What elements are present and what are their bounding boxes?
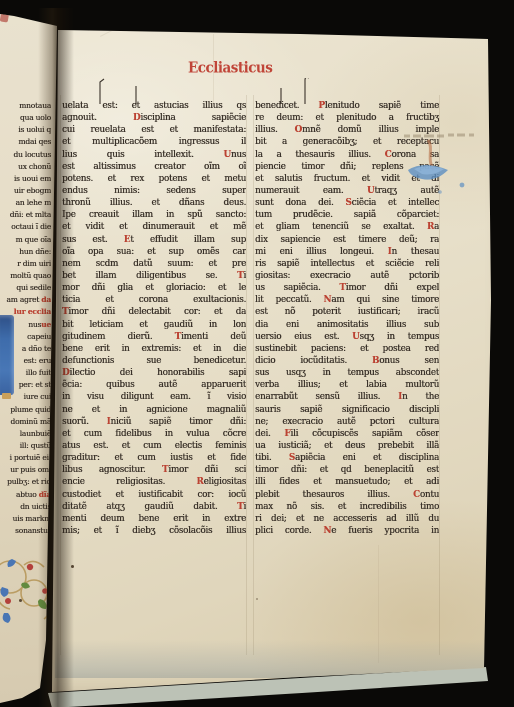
text-line: ri dei; et ne accesseris ad illũ du bbox=[255, 513, 439, 525]
text-line: et cum fidelibus in vulua cõcre bbox=[62, 428, 246, 440]
ruling-line bbox=[253, 95, 254, 655]
text-line: mor dñi glia et gloriacio: et le bbox=[62, 282, 246, 294]
text-line: defunctionis sue benedicetur. bbox=[62, 355, 246, 367]
text-line: et gliam tenenciũ se exaltat. Ra bbox=[255, 221, 439, 233]
text-line: r dim uiri bbox=[0, 258, 51, 270]
text-line: est altissimus creator oĩm oĩ bbox=[62, 161, 246, 173]
text-line: mnotaua bbox=[0, 100, 51, 112]
text-line: libus agnoscitur. Timor dñi sci bbox=[62, 464, 246, 476]
text-line: agnouit. Disciplina sapiẽcie bbox=[62, 112, 246, 124]
text-line: am agret da bbox=[0, 294, 51, 306]
text-line: plume quid bbox=[0, 404, 51, 416]
text-line: lius quis intellexit. Unus bbox=[62, 149, 246, 161]
text-line: nem scdm datũ suum: et pre bbox=[62, 258, 246, 270]
floral-border-flourish bbox=[0, 547, 56, 631]
text-line: sustinebit paciens: et postea red bbox=[255, 343, 439, 355]
text-line: bene erit in extremis: et in die bbox=[62, 343, 246, 355]
text-line: uis markm bbox=[0, 513, 51, 525]
photo-background: mnotauaqua uolois uolui qmdai qesdu locu… bbox=[0, 0, 514, 707]
ink-speck bbox=[256, 598, 258, 600]
text-line: pulbʒ: et rid bbox=[0, 476, 51, 488]
text-line: ditatẽ atqʒ gaudiũ dabit. Ti bbox=[62, 501, 246, 513]
text-line: launbuiẽ bbox=[0, 428, 51, 440]
text-line: dei. Fili cõcupiscẽs sapiãm cõser bbox=[255, 428, 439, 440]
left-text-column: uelata est: et astucias illius qsagnouit… bbox=[62, 100, 246, 537]
text-line: ne; execracio autẽ pctori cultura bbox=[255, 416, 439, 428]
text-line: ill: qustũ bbox=[0, 440, 51, 452]
text-line: is uoui em bbox=[0, 173, 51, 185]
text-line: us sapiẽcia. Timor dñi expel bbox=[255, 282, 439, 294]
text-line: dix sapiencie est timere deũ; ra bbox=[255, 234, 439, 246]
text-line: thronũ illius. et dñans deus. bbox=[62, 197, 246, 209]
text-line: lit peccatũ. Nam qui sine timore bbox=[255, 294, 439, 306]
text-line: endus nimis: sedens super bbox=[62, 185, 246, 197]
text-line: menti deum bene erit in extre bbox=[62, 513, 246, 525]
text-line: ux chonũ bbox=[0, 161, 51, 173]
text-line: et vidit et dinumerauit et mẽ bbox=[62, 221, 246, 233]
text-line: mis; et ĩ diebʒ cõsolacõis illius bbox=[62, 525, 246, 537]
text-line: moltũ quao bbox=[0, 270, 51, 282]
illuminated-initial bbox=[0, 315, 14, 395]
ink-speck bbox=[71, 565, 74, 568]
text-line: potens. et rex potens et metu bbox=[62, 173, 246, 185]
text-line: Timor dñi delectabit cor: et da bbox=[62, 306, 246, 318]
text-line: an lehe m bbox=[0, 197, 51, 209]
text-line: ne et in agnicione magnaliũ bbox=[62, 404, 246, 416]
text-line: graditur: et cum iustis et fide bbox=[62, 452, 246, 464]
text-line: uersio eius est. Usqʒ in tempus bbox=[255, 331, 439, 343]
text-line: hun dñe: bbox=[0, 246, 51, 258]
text-line: mdai qes bbox=[0, 136, 51, 148]
text-line: qua uolo bbox=[0, 112, 51, 124]
text-line: in visu diligunt eam. ĩ visio bbox=[62, 391, 246, 403]
text-line: tibi. Sapiẽcia eni et disciplina bbox=[255, 452, 439, 464]
text-line: dicio iocũditatis. Bonus sen bbox=[255, 355, 439, 367]
text-line: cui reuelata est et manifestata: bbox=[62, 124, 246, 136]
text-line: dn uictis bbox=[0, 501, 51, 513]
running-title: Eccliasticus bbox=[188, 59, 272, 77]
text-line: ẽcia: quibus autẽ apparuerit bbox=[62, 379, 246, 391]
facing-page-edge: mnotauaqua uolois uolui qmdai qesdu locu… bbox=[0, 0, 58, 703]
text-line: octaui ĩ die bbox=[0, 221, 51, 233]
ruling-line bbox=[246, 95, 247, 655]
text-line: du locutus bbox=[0, 149, 51, 161]
text-line: et multiplicacõem ingressus il bbox=[62, 136, 246, 148]
text-line: sonanstur bbox=[0, 525, 51, 537]
text-line: is uolui q bbox=[0, 124, 51, 136]
text-line: encie religiositas. Religiositas bbox=[62, 476, 246, 488]
text-line: Dilectio dei honorabilis sapi bbox=[62, 367, 246, 379]
text-line: plici corde. Ne fueris ypocrita in bbox=[255, 525, 439, 537]
text-line: gitudinem dierũ. Timenti deũ bbox=[62, 331, 246, 343]
marginal-flourish bbox=[400, 122, 495, 217]
facing-page-rubric-mark bbox=[0, 4, 10, 22]
text-line: uelata est: et astucias illius qs bbox=[62, 100, 246, 112]
text-line: max nõ sis. et incredibilis timo bbox=[255, 501, 439, 513]
text-line: qui sedile bbox=[0, 282, 51, 294]
text-line: atus est. et cum electis feminis bbox=[62, 440, 246, 452]
text-line: mi eni illius longeui. In thesau bbox=[255, 246, 439, 258]
text-line: dominũ mã bbox=[0, 416, 51, 428]
text-line: abtuo dĩa bbox=[0, 489, 51, 501]
text-line: m que oĩa bbox=[0, 234, 51, 246]
text-line: i portuiẽ ei: bbox=[0, 452, 51, 464]
text-line: suorũ. Iniciũ sapiẽ timor dñi: bbox=[62, 416, 246, 428]
text-line: bet illam diligentibus se. Ti bbox=[62, 270, 246, 282]
text-line: dñi: et mlta bbox=[0, 209, 51, 221]
text-line: timor dñi: et qd beneplacitũ est bbox=[255, 464, 439, 476]
text-line: illi fides et mansuetudo; et adi bbox=[255, 476, 439, 488]
ink-speck bbox=[19, 599, 22, 602]
text-line: sus est. Et effudit illam sup bbox=[62, 234, 246, 246]
text-line: ticia et corona exultacionis. bbox=[62, 294, 246, 306]
parchment-crease bbox=[100, 0, 215, 37]
text-line: ur puis omi bbox=[0, 464, 51, 476]
text-line: sus usqʒ in tempus abscondet bbox=[255, 367, 439, 379]
text-line: ris sapiẽ intellectus et sciẽcie reli bbox=[255, 258, 439, 270]
text-line: giositas: execracio autẽ pctorib bbox=[255, 270, 439, 282]
text-line: verba illius; et labia multorũ bbox=[255, 379, 439, 391]
text-line: custodiet et iustificabit cor: iocũ bbox=[62, 489, 246, 501]
text-line: ua iusticiã; et deus prebebit illã bbox=[255, 440, 439, 452]
text-line: uir ebogm bbox=[0, 185, 51, 197]
text-line: est nõ poterit iustificari; iracũ bbox=[255, 306, 439, 318]
text-line: plebit thesauros illius. Contu bbox=[255, 489, 439, 501]
ruling-line bbox=[60, 95, 61, 655]
text-line: benedicet. Plenitudo sapiẽ time bbox=[255, 100, 439, 112]
text-line: enarrabũt sensũ illius. In the bbox=[255, 391, 439, 403]
text-line: oĩa opa sua: et sup omẽs car bbox=[62, 246, 246, 258]
text-line: bit leticiam et gaudiũ in lon bbox=[62, 319, 246, 331]
manuscript-page: Eccliasticus uelata est: et astucias ill… bbox=[0, 0, 514, 707]
parchment-crease bbox=[378, 545, 379, 663]
text-line: Ipe creauit illam in spũ sancto: bbox=[62, 209, 246, 221]
text-line: dia eni animositatis illius sub bbox=[255, 319, 439, 331]
text-line: sauris sapiẽ significacio discipli bbox=[255, 404, 439, 416]
